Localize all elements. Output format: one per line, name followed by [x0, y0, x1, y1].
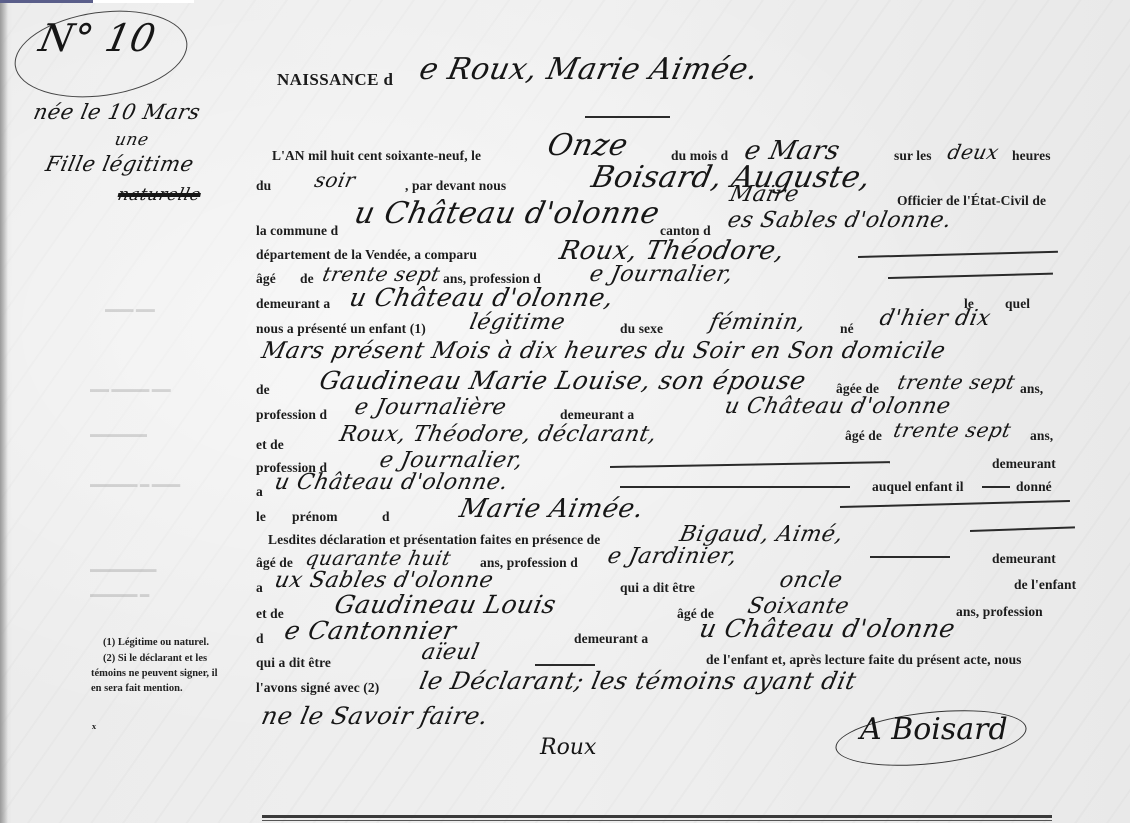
value-canton: es Sables d'olonne. [725, 208, 954, 233]
form-title: NAISSANCE d [277, 70, 393, 90]
label-residence: demeurant a [256, 296, 330, 312]
footnote-2c: en sera fait mention. [91, 681, 183, 696]
child-name: e Roux, Marie Aimée. [416, 52, 761, 87]
value-cannot-sign: ne le Savoir faire. [259, 702, 491, 730]
margin-correction: une [113, 130, 151, 150]
value-time-of-day: soir [312, 168, 357, 192]
bleed-through-text: ▬▬▬ ▬▬ [105, 305, 155, 315]
label-mother: de [256, 382, 270, 398]
label-sex: du sexe [620, 321, 663, 337]
fill-line [620, 486, 850, 488]
bleed-through-text: ▬▬▬▬▬▬▬ [90, 565, 157, 575]
label-witness2-relation: qui a dit être [256, 655, 331, 671]
bleed-through-text: ▬▬▬▬▬ ▬ [90, 590, 149, 600]
fill-line [535, 664, 595, 666]
label-le: le [256, 509, 266, 525]
label-father-residence: demeurant [992, 456, 1056, 472]
label-witness1-relation: qui a dit être [620, 580, 695, 596]
fill-line [870, 556, 950, 558]
value-legitimacy: légitime [467, 310, 567, 335]
value-witness1-age: quarante huit [303, 546, 453, 570]
label-d: d [256, 631, 264, 647]
label-officer: Officier de l'État-Civil de [897, 193, 1046, 209]
label-child-presented: nous a présenté un enfant (1) [256, 321, 426, 337]
label-before-us: , par devant nous [405, 178, 506, 194]
label-father: et de [256, 437, 284, 453]
label-of-child: de l'enfant [1014, 577, 1076, 593]
label-age: âgé [256, 271, 276, 287]
page-bottom-rule-thin [262, 820, 1052, 821]
label-d: d [382, 509, 390, 525]
value-witness1-profession: e Jardinier, [605, 544, 739, 569]
value-father-residence: u Château d'olonne. [272, 470, 510, 495]
label-witness2: et de [256, 606, 284, 622]
label-year: L'AN mil huit cent soixante-neuf, le [272, 148, 481, 164]
value-mother-name: Gaudineau Marie Louise, son épouse [317, 366, 809, 395]
signature-officer: A Boisard [860, 712, 1008, 747]
label-witness2-residence: demeurant a [574, 631, 648, 647]
label-de: de [300, 271, 314, 287]
value-mother-profession: e Journalière [352, 395, 509, 420]
title-underline [585, 116, 670, 118]
record-number: N° 10 [35, 16, 160, 60]
value-birth-date: d'hier dix [877, 306, 993, 331]
label-department: département de la Vendée, a comparu [256, 247, 477, 263]
label-quel: quel [1005, 296, 1030, 312]
value-mother-residence: u Château d'olonne [722, 394, 953, 419]
fill-line [982, 486, 1010, 488]
label-signed-with: l'avons signé avec (2) [256, 680, 379, 696]
footnote-2b: témoins ne peuvent signer, il [91, 666, 218, 681]
label-a: a [256, 580, 263, 596]
value-witness2-residence: u Château d'olonne [697, 614, 958, 643]
label-witness1-residence: demeurant [992, 551, 1056, 567]
value-birth-time-place: Mars présent Mois à dix heures du Soir e… [259, 338, 948, 364]
margin-crossed-word: naturelle [116, 185, 203, 205]
top-edge-strip [0, 0, 93, 3]
signature-declarant: Roux [540, 735, 596, 760]
label-heures: heures [1012, 148, 1051, 164]
label-after-reading: de l'enfant et, après lecture faite du p… [706, 652, 1022, 668]
value-witness1-relation: oncle [777, 568, 845, 593]
bleed-through-text: ▬▬ ▬▬▬▬ ▬▬ [90, 385, 171, 395]
value-commune: u Château d'olonne [351, 196, 663, 231]
margin-status: Fille légitime [43, 152, 196, 176]
value-child-first-names: Marie Aimée. [457, 494, 647, 524]
footnote-2a: (2) Si le déclarant et les [103, 651, 207, 666]
value-declarant-residence: u Château d'olonne, [347, 283, 617, 312]
label-hour: sur les [894, 148, 932, 164]
scan-edge-shadow [0, 0, 8, 823]
page-bottom-rule [262, 815, 1052, 818]
label-du: du [256, 178, 271, 194]
value-signing-statement: le Déclarant; les témoins ayant dit [417, 667, 859, 695]
bleed-through-text: ▬▬▬▬▬ ▬ ▬▬▬ [90, 480, 180, 490]
label-donne: donné [1016, 479, 1052, 495]
value-father-age: trente sept [891, 418, 1013, 442]
label-a: a [256, 484, 263, 500]
value-officer-title: Maire [727, 182, 801, 207]
value-witness2-relation: aïeul [419, 640, 481, 665]
label-first-name: prénom [292, 509, 338, 525]
label-years: ans, [1020, 381, 1043, 397]
footnote-1: (1) Légitime ou naturel. [103, 635, 209, 650]
label-father-age: âgé de [845, 428, 882, 444]
label-years: ans, [1030, 428, 1053, 444]
value-mother-age: trente sept [895, 370, 1017, 394]
label-born: né [840, 321, 854, 337]
label-mother-profession: profession d [256, 407, 327, 423]
label-witness2-profession: ans, profession [956, 604, 1043, 620]
value-father-name: Roux, Théodore, déclarant, [337, 422, 659, 447]
bleed-through-text: ▬▬▬▬▬▬ [90, 430, 147, 440]
label-commune: la commune d [256, 223, 338, 239]
label-child-given: auquel enfant il [872, 479, 964, 495]
top-edge-strip-white [93, 0, 194, 3]
ink-mark: ˣ [92, 722, 96, 738]
label-mother-residence: demeurant a [560, 407, 634, 423]
value-sex: féminin, [707, 310, 808, 335]
margin-born-note: née le 10 Mars [31, 100, 202, 124]
value-witness2-name: Gaudineau Louis [332, 590, 559, 619]
value-hour: deux [945, 140, 1001, 164]
value-day: Onze [544, 128, 631, 163]
